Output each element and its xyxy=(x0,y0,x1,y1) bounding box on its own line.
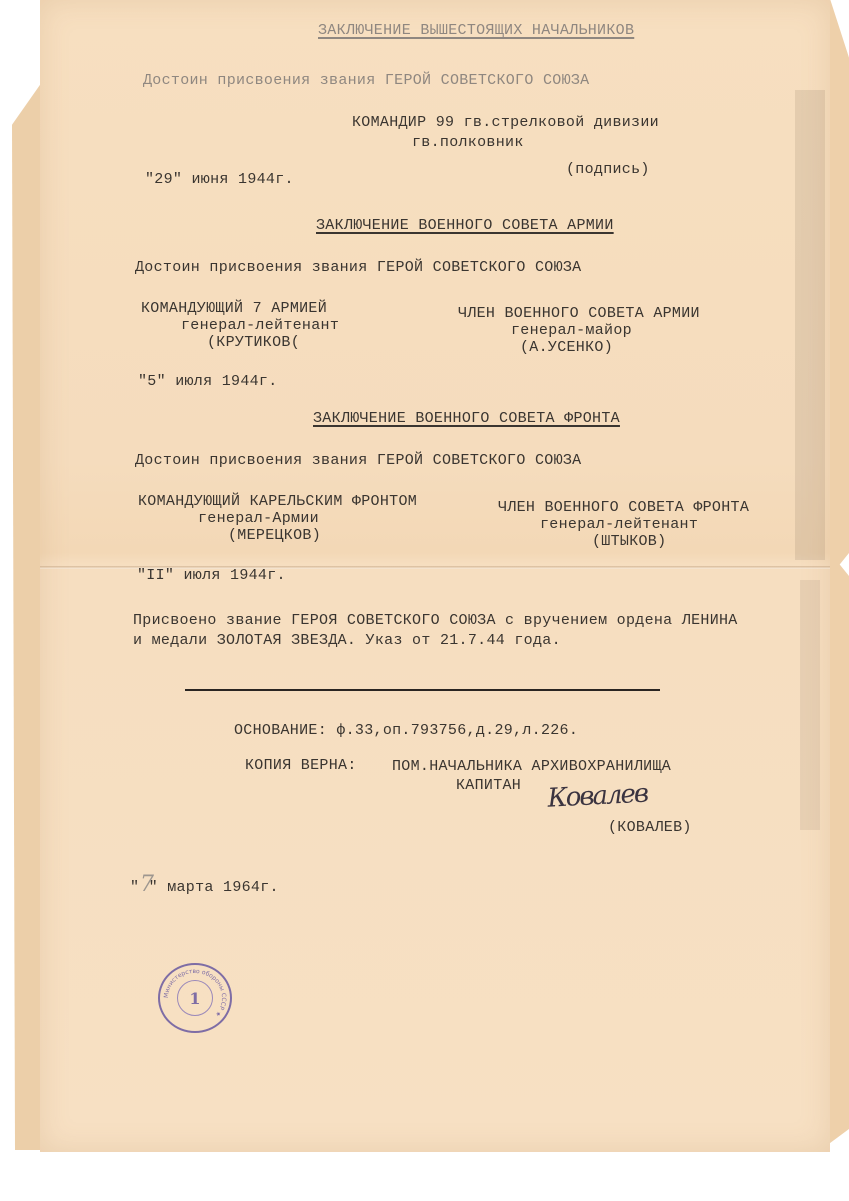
front-council-verdict: Достоин присвоения звания ГЕРОЙ СОВЕТСКО… xyxy=(135,452,581,469)
divider-line xyxy=(185,689,660,691)
army-left-signer-title: КОМАНДУЮЩИЙ 7 АРМИЕЙ xyxy=(141,300,327,317)
army-council-date: "5" июля 1944г. xyxy=(138,373,278,390)
archive-stamp: 1 Министерство обороны СССР ★ xyxy=(158,963,232,1033)
army-council-verdict: Достоин присвоения звания ГЕРОЙ СОВЕТСКО… xyxy=(135,259,581,276)
handwritten-day: 7 xyxy=(140,872,154,897)
front-council-date: "II" июля 1944г. xyxy=(137,567,286,584)
copy-verified-label: КОПИЯ ВЕРНА: xyxy=(245,757,357,774)
signature-note: (подпись) xyxy=(566,161,650,178)
commander-title: КОМАНДИР 99 гв.стрелковой дивизии xyxy=(352,114,659,131)
army-left-signer-rank: генерал-лейтенант xyxy=(181,317,339,334)
section-heading-commanders: ЗАКЛЮЧЕНИЕ ВЫШЕСТОЯЩИХ НАЧАЛЬНИКОВ xyxy=(318,22,634,39)
section-heading-army-council: ЗАКЛЮЧЕНИЕ ВОЕННОГО СОВЕТА АРМИИ xyxy=(316,217,614,234)
commander-rank: гв.полковник xyxy=(412,134,524,151)
front-left-signer-rank: генерал-Армии xyxy=(198,510,319,527)
edge-shadow xyxy=(795,90,825,560)
front-right-signer-rank: генерал-лейтенант xyxy=(540,516,698,533)
army-right-signer-name: (А.УСЕНКО) xyxy=(520,339,613,356)
army-right-signer-title: ЧЛЕН ВОЕННОГО СОВЕТА АРМИИ xyxy=(458,305,700,322)
army-left-signer-name: (КРУТИКОВ( xyxy=(207,334,300,351)
award-line-1: Присвоено звание ГЕРОЯ СОВЕТСКОГО СОЮЗА … xyxy=(133,612,738,629)
front-left-signer-name: (МЕРЕЦКОВ) xyxy=(228,527,321,544)
commanders-date: "29" июня 1944г. xyxy=(145,171,294,188)
certifier-rank: КАПИТАН xyxy=(456,777,521,794)
award-line-2: и медали ЗОЛОТАЯ ЗВЕЗДА. Указ от 21.7.44… xyxy=(133,632,561,649)
paper-flap-left xyxy=(12,82,42,1150)
edge-shadow xyxy=(800,580,820,830)
front-right-signer-title: ЧЛЕН ВОЕННОГО СОВЕТА ФРОНТА xyxy=(498,499,749,516)
certifier-name: (КОВАЛЕВ) xyxy=(608,819,692,836)
front-left-signer-title: КОМАНДУЮЩИЙ КАРЕЛЬСКИМ ФРОНТОМ xyxy=(138,493,417,510)
stamp-ring-text: Министерство обороны СССР ★ xyxy=(160,965,230,1031)
certifier-position: ПОМ.НАЧАЛЬНИКА АРХИВОХРАНИЛИЩА xyxy=(392,758,671,775)
archive-basis: ОСНОВАНИЕ: ф.33,оп.793756,д.29,л.226. xyxy=(234,722,578,739)
commanders-verdict: Достоин присвоения звания ГЕРОЙ СОВЕТСКО… xyxy=(143,72,589,89)
svg-text:Министерство обороны СССР ★: Министерство обороны СССР ★ xyxy=(163,968,227,1018)
front-right-signer-name: (ШТЫКОВ) xyxy=(592,533,666,550)
army-right-signer-rank: генерал-майор xyxy=(511,322,632,339)
section-heading-front-council: ЗАКЛЮЧЕНИЕ ВОЕННОГО СОВЕТА ФРОНТА xyxy=(313,410,620,427)
